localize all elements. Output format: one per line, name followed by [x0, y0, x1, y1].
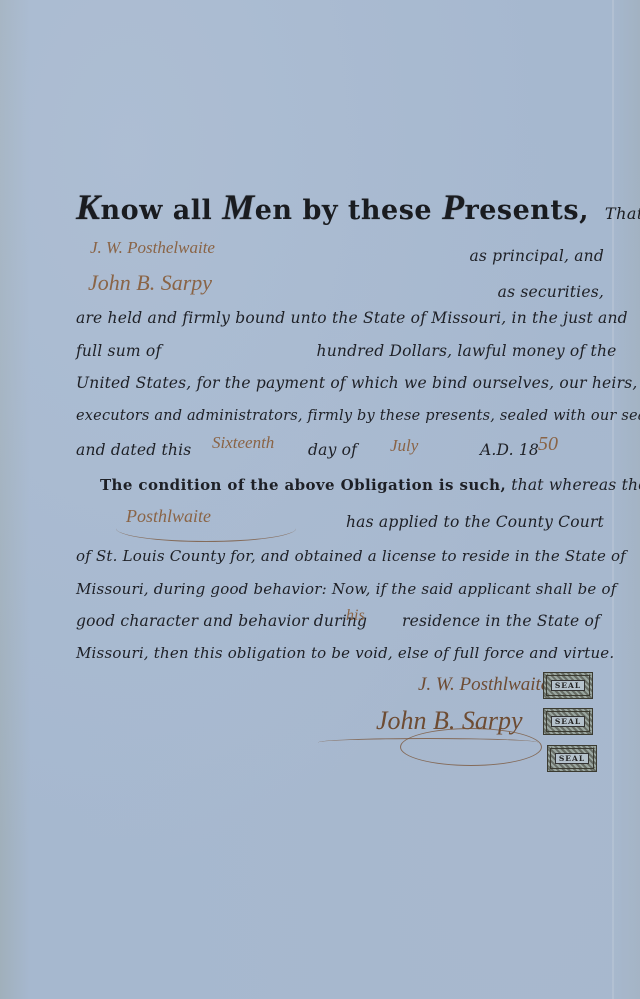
- text-full-sum-of: full sum of: [76, 342, 161, 360]
- line-condition: The condition of the above Obligation is…: [100, 476, 630, 494]
- line-obligation-void: Missouri, then this obligation to be voi…: [76, 644, 606, 662]
- text-residence: residence in the State of: [402, 612, 600, 630]
- line-applied-county-court: has applied to the County Court: [346, 513, 604, 531]
- seal-label: SEAL: [551, 716, 585, 727]
- text-ad-year: A.D. 18: [480, 441, 539, 459]
- seal-label: SEAL: [555, 753, 589, 764]
- signature-principal: J. W. Posthlwaite: [418, 674, 549, 696]
- text-whereas-the-said: that whereas the said: [511, 476, 640, 494]
- paper-crease: [612, 0, 614, 999]
- handwritten-security-name: John B. Sarpy: [88, 270, 212, 296]
- line-securities: as securities,: [498, 283, 604, 301]
- seal-2: SEAL: [543, 708, 593, 735]
- heading-presents: resents,: [464, 195, 589, 226]
- text-good-character: good character and behavior during: [76, 612, 367, 630]
- heading-initial-p: P: [442, 187, 465, 227]
- text-hundred-dollars: hundred Dollars, lawful money of the: [317, 342, 617, 360]
- heading-initial-k: K: [76, 187, 101, 227]
- handwritten-pronoun: his: [346, 607, 365, 625]
- document-heading: Know all Men by these Presents, That We: [76, 186, 640, 228]
- handwritten-month: July: [390, 436, 418, 456]
- seal-1: SEAL: [543, 672, 593, 699]
- line-good-behavior: Missouri, during good behavior: Now, if …: [76, 580, 606, 598]
- line-executors: executors and administrators, firmly by …: [76, 408, 606, 424]
- line-st-louis-county: of St. Louis County for, and obtained a …: [76, 547, 606, 565]
- heading-initial-m: M: [222, 187, 255, 227]
- heading-men-by-these: en by these: [255, 195, 432, 226]
- line-principal: as principal, and: [469, 247, 604, 265]
- seal-3: SEAL: [547, 745, 597, 772]
- handwritten-day: Sixteenth: [212, 433, 274, 453]
- handwritten-year-suffix: 50: [538, 433, 558, 456]
- signature-flourish: [400, 728, 542, 766]
- handwritten-principal-name: J. W. Posthelwaite: [90, 238, 215, 258]
- line-bound-unto-state: are held and firmly bound unto the State…: [76, 309, 606, 327]
- signature-underline: [318, 738, 538, 747]
- applicant-flourish: [116, 515, 296, 542]
- heading-that-we: That We: [605, 204, 640, 223]
- text-condition-of-obligation: The condition of the above Obligation is…: [100, 476, 506, 494]
- line-full-sum: full sum of hundred Dollars, lawful mone…: [76, 342, 606, 360]
- line-character-residence: good character and behavior during resid…: [76, 612, 606, 630]
- text-dated-this: and dated this: [76, 441, 191, 459]
- text-day-of: day of: [308, 441, 357, 459]
- heading-know-all: now all: [101, 195, 213, 226]
- line-united-states: United States, for the payment of which …: [76, 374, 606, 392]
- line-dated: and dated this day of A.D. 18: [76, 441, 606, 459]
- seal-label: SEAL: [551, 680, 585, 691]
